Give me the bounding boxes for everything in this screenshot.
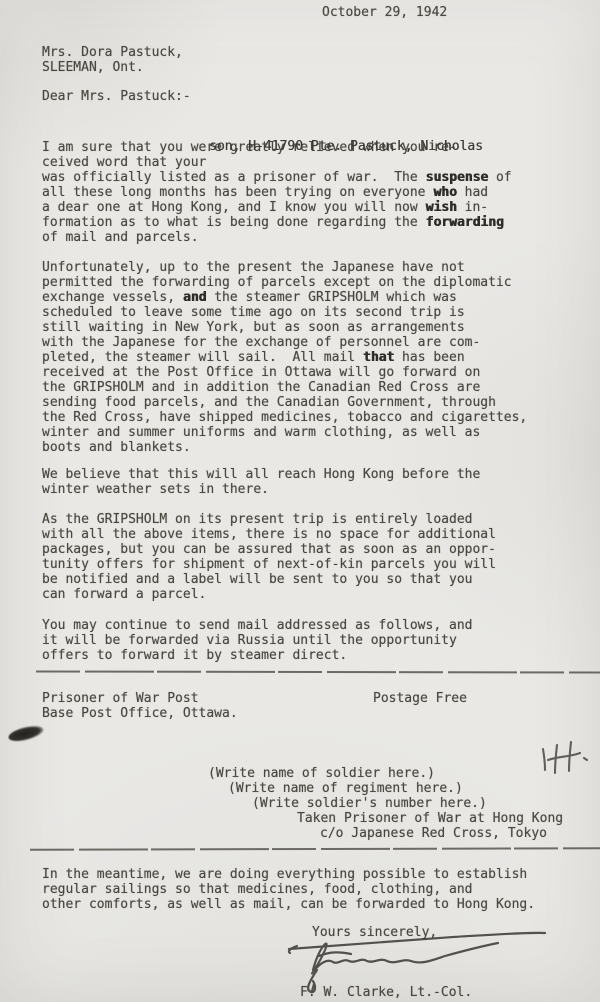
handwritten-mark-icon (533, 737, 593, 782)
text-line: You may continue to send mail addressed … (42, 618, 472, 633)
text-line: exchange vessels, and the steamer GRIPSH… (42, 290, 527, 305)
text-line: it will be forwarded via Russia until th… (42, 633, 472, 648)
text-line: other comforts, as well as mail, can be … (42, 897, 535, 912)
text-line: permitted the forwarding of parcels exce… (42, 275, 527, 290)
form-line: c/o Japanese Red Cross, Tokyo (320, 826, 547, 841)
text-line: packages, but you can be assured that as… (42, 542, 496, 557)
text-line: tunity offers for shipment of next-of-ki… (42, 557, 496, 572)
text-line: still waiting in New York, but as soon a… (42, 320, 527, 335)
form-line: Taken Prisoner of War at Hong Kong (297, 811, 563, 826)
paragraph-p4: As the GRIPSHOLM on its present trip is … (42, 512, 496, 602)
paragraph-p6: In the meantime, we are doing everything… (42, 867, 535, 912)
text-line: with the Japanese for the exchange of pe… (42, 335, 527, 350)
text-line: As the GRIPSHOLM on its present trip is … (42, 512, 496, 527)
letter-date: October 29, 1942 (322, 5, 447, 20)
text-line: can forward a parcel. (42, 587, 496, 602)
text-line: We believe that this will all reach Hong… (42, 467, 480, 482)
salutation: Dear Mrs. Pastuck:- (42, 89, 191, 104)
postage-free-label: Postage Free (373, 691, 467, 706)
form-line: (Write name of soldier here.) (208, 766, 435, 781)
text-line: ceived word that your (42, 155, 512, 170)
recipient-name: Mrs. Dora Pastuck, (42, 45, 183, 60)
text-line: a dear one at Hong Kong, and I know you … (42, 200, 512, 215)
signer-name: F. W. Clarke, Lt.-Col. (300, 985, 472, 1000)
text-line: be notified and a label will be sent to … (42, 572, 496, 587)
pow-post-line1: Prisoner of War Post (42, 691, 199, 706)
ink-smudge-mark (7, 723, 45, 744)
recipient-place: SLEEMAN, Ont. (42, 60, 144, 75)
text-line: Unfortunately, up to the present the Jap… (42, 260, 527, 275)
pow-post-line2: Base Post Office, Ottawa. (42, 706, 238, 721)
text-line: of mail and parcels. (42, 230, 512, 245)
text-line: the GRIPSHOLM and in addition the Canadi… (42, 380, 527, 395)
typed-over-soldier-line: son, H-41790 Pte. Pastuck, Nicholas (209, 139, 483, 154)
text-line: all these long months has been trying on… (42, 185, 512, 200)
text-line: offers to forward it by steamer direct. (42, 648, 472, 663)
text-line: pleted, the steamer will sail. All mail … (42, 350, 527, 365)
text-line: winter weather sets in there. (42, 482, 480, 497)
text-line: was officially listed as a prisoner of w… (42, 170, 512, 185)
text-line: sending food parcels, and the Canadian G… (42, 395, 527, 410)
text-line: received at the Post Office in Ottawa wi… (42, 365, 527, 380)
paragraph-p2: Unfortunately, up to the present the Jap… (42, 260, 527, 455)
text-line: scheduled to leave some time ago on its … (42, 305, 527, 320)
typed-divider-rule-bottom (30, 847, 600, 850)
typed-divider-rule-top (36, 671, 600, 674)
text-line: with all the above items, there is no sp… (42, 527, 496, 542)
text-line: regular sailings so that medicines, food… (42, 882, 535, 897)
form-line: (Write name of regiment here.) (228, 781, 463, 796)
text-line: the Red Cross, have shipped medicines, t… (42, 410, 527, 425)
letter-page: October 29, 1942 Mrs. Dora Pastuck, SLEE… (0, 0, 600, 1002)
text-line: boots and blankets. (42, 440, 527, 455)
text-line: formation as to what is being done regar… (42, 215, 512, 230)
paragraph-p3: We believe that this will all reach Hong… (42, 467, 480, 497)
paragraph-p1: I am sure that you were greatly relieved… (42, 140, 512, 245)
text-line: In the meantime, we are doing everything… (42, 867, 535, 882)
text-line: winter and summer uniforms and warm clot… (42, 425, 527, 440)
form-line: (Write soldier's number here.) (252, 796, 487, 811)
paragraph-p5: You may continue to send mail addressed … (42, 618, 472, 663)
